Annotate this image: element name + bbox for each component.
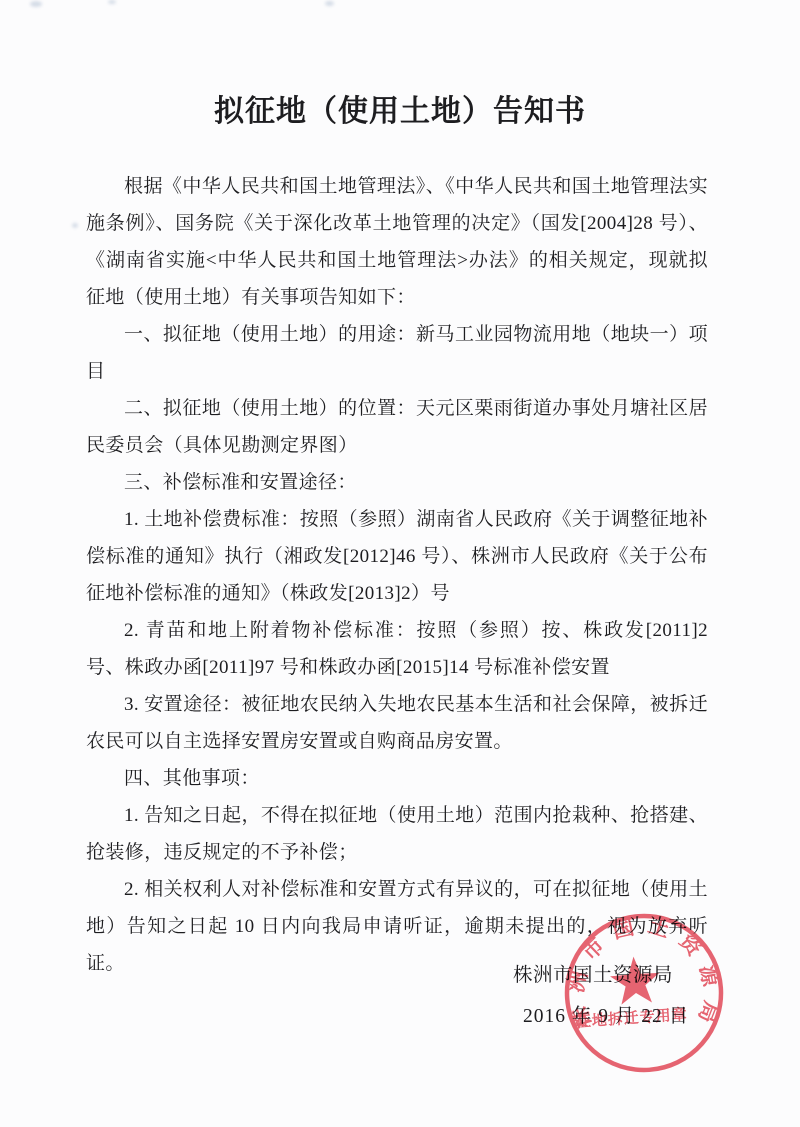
- scan-speck: [30, 1, 42, 7]
- official-seal-stamp: 株洲市国土资源局 征地拆迁专用章: [554, 903, 733, 1082]
- paragraph-item-4-heading: 四、其他事项：: [86, 760, 708, 797]
- seal-star-icon: [609, 955, 662, 1005]
- scan-speck: [72, 223, 78, 228]
- paragraph-item-3-heading: 三、补偿标准和安置途径：: [86, 464, 708, 501]
- scan-speck: [108, 0, 116, 4]
- paragraph-item-1-purpose: 一、拟征地（使用土地）的用途：新马工业园物流用地（地块一）项目: [86, 316, 708, 390]
- document-title: 拟征地（使用土地）告知书: [0, 86, 800, 130]
- paragraph-item-4-1-rules: 1. 告知之日起，不得在拟征地（使用土地）范围内抢栽种、抢搭建、抢装修，违反规定…: [86, 797, 708, 871]
- document-body: 根据《中华人民共和国土地管理法》、《中华人民共和国土地管理法实施条例》、国务院《…: [86, 168, 708, 982]
- paragraph-item-2-location: 二、拟征地（使用土地）的位置：天元区栗雨街道办事处月塘社区居民委员会（具体见勘测…: [86, 390, 708, 464]
- scanned-document-page: 拟征地（使用土地）告知书 根据《中华人民共和国土地管理法》、《中华人民共和国土地…: [0, 0, 800, 1127]
- paragraph-item-3-1-land-fee: 1. 土地补偿费标准：按照（参照）湖南省人民政府《关于调整征地补偿标准的通知》执…: [86, 501, 708, 612]
- paragraph-item-3-2-crops: 2. 青苗和地上附着物补偿标准：按照（参照）按、株政发[2011]2 号、株政办…: [86, 612, 708, 686]
- paragraph-item-3-3-placement: 3. 安置途径：被征地农民纳入失地农民基本生活和社会保障，被拆迁农民可以自主选择…: [86, 686, 708, 760]
- scan-speck: [325, 1, 334, 6]
- paragraph-legal-basis: 根据《中华人民共和国土地管理法》、《中华人民共和国土地管理法实施条例》、国务院《…: [86, 168, 708, 316]
